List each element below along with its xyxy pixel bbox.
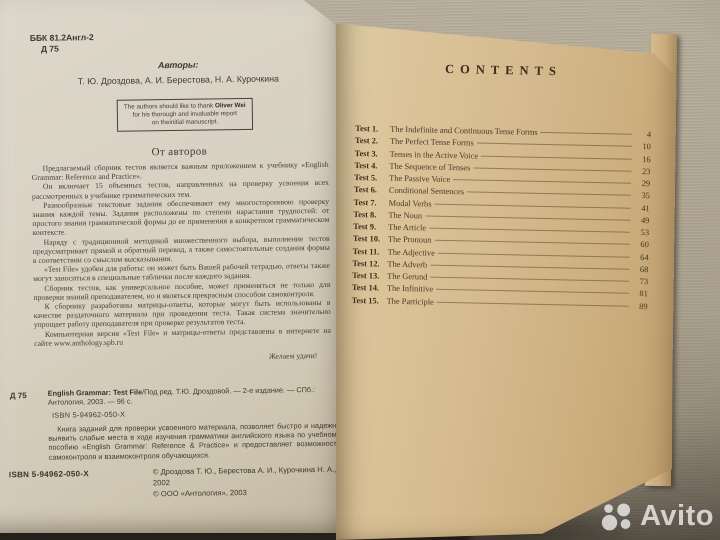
toc-row: Test 11.The Adjective64 <box>353 246 649 264</box>
bbk-classification: ББК 81.2Англ-2 Д 75 <box>30 32 94 55</box>
toc-test-label: Test 6. <box>354 185 389 195</box>
toc-test-title: The Pronoun <box>388 235 432 245</box>
toc-test-label: Test 5. <box>354 173 389 183</box>
toc-test-title: The Noun <box>388 210 422 220</box>
toc-test-label: Test 15. <box>352 295 387 305</box>
toc-test-label: Test 7. <box>354 197 389 207</box>
toc-row: Test 3.Tenses in the Active Voice16 <box>355 148 651 166</box>
toc-row: Test 6.Conditional Sentences35 <box>354 185 650 203</box>
preface-text: Предлагаемый сборник тестов является важ… <box>32 160 332 364</box>
toc-leader-line <box>467 192 631 196</box>
toc-test-label: Test 9. <box>353 222 388 232</box>
toc-test-title: The Infinitive <box>387 284 433 294</box>
imprint-annotation: Книга заданий для проверки усвоенного ма… <box>48 421 340 462</box>
avito-label: Avito <box>640 500 714 533</box>
left-page-content: ББК 81.2Англ-2 Д 75 Авторы: Т. Ю. Дроздо… <box>0 0 353 535</box>
right-page-content: CONTENTS Test 1.The Indefinite and Conti… <box>326 14 675 540</box>
left-page: ББК 81.2Англ-2 Д 75 Авторы: Т. Ю. Дроздо… <box>0 0 349 533</box>
authors-names: Т. Ю. Дроздова, А. И. Берестова, Н. А. К… <box>30 73 326 87</box>
toc-test-title: The Indefinite and Continuous Tense Form… <box>390 125 538 137</box>
copyright-publisher: © ООО «Антология», 2003 <box>153 486 352 500</box>
toc-leader-line <box>453 179 631 184</box>
toc-leader-line <box>425 215 630 220</box>
toc-test-title: The Adverb <box>387 259 427 269</box>
toc-test-label: Test 14. <box>352 283 387 293</box>
toc-leader-line <box>429 228 630 233</box>
from-authors-heading: От авторов <box>31 144 327 160</box>
acknowledgement-box: The authors should like to thank Oliver … <box>117 98 253 132</box>
book-photo-scene: ББК 81.2Англ-2 Д 75 Авторы: Т. Ю. Дроздо… <box>0 0 720 540</box>
toc-row: Test 1.The Indefinite and Continuous Ten… <box>355 124 651 142</box>
toc-page-number: 41 <box>634 203 650 212</box>
avito-watermark: Avito <box>599 500 714 533</box>
imprint-bibliographic-info: /Под ред. Т.Ю. Дроздовой. — 2-е издание.… <box>48 385 315 407</box>
toc-page-number: 60 <box>633 240 649 249</box>
toc-test-title: The Passive Voice <box>389 174 450 184</box>
toc-page-number: 81 <box>632 289 648 298</box>
toc-test-title: Modal Verbs <box>389 198 432 208</box>
toc-page-number: 49 <box>633 216 649 225</box>
toc-test-label: Test 8. <box>353 210 388 220</box>
toc-leader-line <box>473 167 631 171</box>
toc-row: Test 2.The Perfect Tense Forms10 <box>355 136 651 154</box>
toc-leader-line <box>438 252 630 257</box>
toc-test-label: Test 11. <box>353 246 388 256</box>
imprint-title-line: English Grammar: Test File/Под ред. Т.Ю.… <box>48 385 340 408</box>
toc-page-number: 73 <box>632 277 648 286</box>
thanks-line2: for his thorough and invaluable report <box>133 110 237 118</box>
toc-page-number: 68 <box>632 265 648 274</box>
toc-test-title: The Adjective <box>388 247 435 257</box>
toc-test-label: Test 10. <box>353 234 388 244</box>
toc-page-number: 10 <box>635 142 651 151</box>
toc-row: Test 7.Modal Verbs41 <box>354 197 650 215</box>
toc-row: Test 13.The Gerund73 <box>352 271 648 289</box>
preface-paragraph: Сборник тестов, как универсальное пособи… <box>33 279 330 302</box>
bbk-number: ББК 81.2Англ-2 <box>30 32 94 43</box>
contents-heading: CONTENTS <box>335 60 665 82</box>
thanks-line3: on theinitial manuscript. <box>152 118 218 126</box>
toc-row: Test 10.The Pronoun60 <box>353 234 649 252</box>
toc-leader-line <box>541 132 633 135</box>
thanks-line1: The authors should like to thank <box>124 102 215 110</box>
toc-test-title: The Sequence of Tenses <box>389 161 470 172</box>
toc-page-number: 4 <box>635 130 651 139</box>
toc-page-number: 89 <box>631 301 647 310</box>
toc-leader-line <box>434 240 629 245</box>
toc-test-label: Test 3. <box>355 148 390 158</box>
right-page: CONTENTS Test 1.The Indefinite and Conti… <box>336 14 674 540</box>
preface-paragraph: Компьютерная версия «Test File» и матриц… <box>34 325 331 348</box>
preface-paragraph: Он включает 15 объемных тестов, направле… <box>32 178 329 201</box>
avito-dots-icon <box>599 501 637 533</box>
toc-leader-line <box>481 155 632 159</box>
copyright-authors: © Дроздова Т. Ю., Берестова А. И., Куроч… <box>153 464 352 489</box>
authors-heading: Авторы: <box>30 58 326 72</box>
toc-page-number: 64 <box>633 252 649 261</box>
good-luck-wish: Желаем удачи! <box>34 351 331 364</box>
toc-leader-line <box>436 289 629 294</box>
preface-paragraph: Разнообразные текстовые задания обеспечи… <box>32 197 329 238</box>
copyright-block: © Дроздова Т. Ю., Берестова А. И., Куроч… <box>153 464 352 500</box>
toc-leader-line <box>437 301 629 306</box>
toc-test-title: The Article <box>388 223 426 233</box>
imprint-code: Д 75 <box>10 391 27 400</box>
toc-test-label: Test 1. <box>355 124 390 134</box>
toc-leader-line <box>435 203 631 208</box>
toc-test-label: Test 12. <box>352 259 387 269</box>
toc-page-number: 16 <box>635 154 651 163</box>
toc-test-title: The Participle <box>387 296 434 306</box>
toc-row: Test 9.The Article53 <box>353 222 649 240</box>
toc-test-label: Test 4. <box>354 161 389 171</box>
toc-test-title: The Gerund <box>387 272 427 282</box>
toc-leader-line <box>477 143 632 147</box>
preface-paragraph: Наряду с традиционной методикой множеств… <box>33 233 330 265</box>
toc-page-number: 29 <box>634 179 650 188</box>
toc-row: Test 14.The Infinitive81 <box>352 283 648 301</box>
toc-page-number: 53 <box>633 228 649 237</box>
footer-isbn: ISBN 5-94962-050-X <box>9 469 89 479</box>
toc-test-title: Conditional Sentences <box>389 186 464 197</box>
toc-test-title: Tenses in the Active Voice <box>390 149 479 160</box>
book-title: English Grammar: Test File <box>48 387 142 397</box>
toc-page-number: 23 <box>634 167 650 176</box>
toc-leader-line <box>430 264 629 269</box>
toc-row: Test 4.The Sequence of Tenses23 <box>354 161 650 179</box>
toc-test-label: Test 13. <box>352 271 387 281</box>
udk-code: Д 75 <box>30 43 94 55</box>
preface-paragraph: К сборнику разработаны матрицы-ответы, к… <box>33 298 330 330</box>
toc-test-title: The Perfect Tense Forms <box>390 137 474 148</box>
thanked-person-name: Oliver Wei <box>215 102 246 109</box>
preface-paragraph: «Test File» удобен для работы: он может … <box>33 261 330 284</box>
toc-row: Test 15.The Participle89 <box>351 295 647 313</box>
imprint-isbn: ISBN 5-94962-050-X <box>48 406 340 419</box>
toc-leader-line <box>430 277 629 282</box>
toc-row: Test 5.The Passive Voice29 <box>354 173 650 191</box>
table-of-contents: Test 1.The Indefinite and Continuous Ten… <box>351 124 651 314</box>
toc-test-label: Test 2. <box>355 136 390 146</box>
toc-page-number: 35 <box>634 191 650 200</box>
imprint-block: English Grammar: Test File/Под ред. Т.Ю.… <box>48 385 341 462</box>
toc-row: Test 12.The Adverb68 <box>352 259 648 277</box>
preface-paragraph: Предлагаемый сборник тестов является важ… <box>32 160 329 183</box>
toc-row: Test 8.The Noun49 <box>353 210 649 228</box>
